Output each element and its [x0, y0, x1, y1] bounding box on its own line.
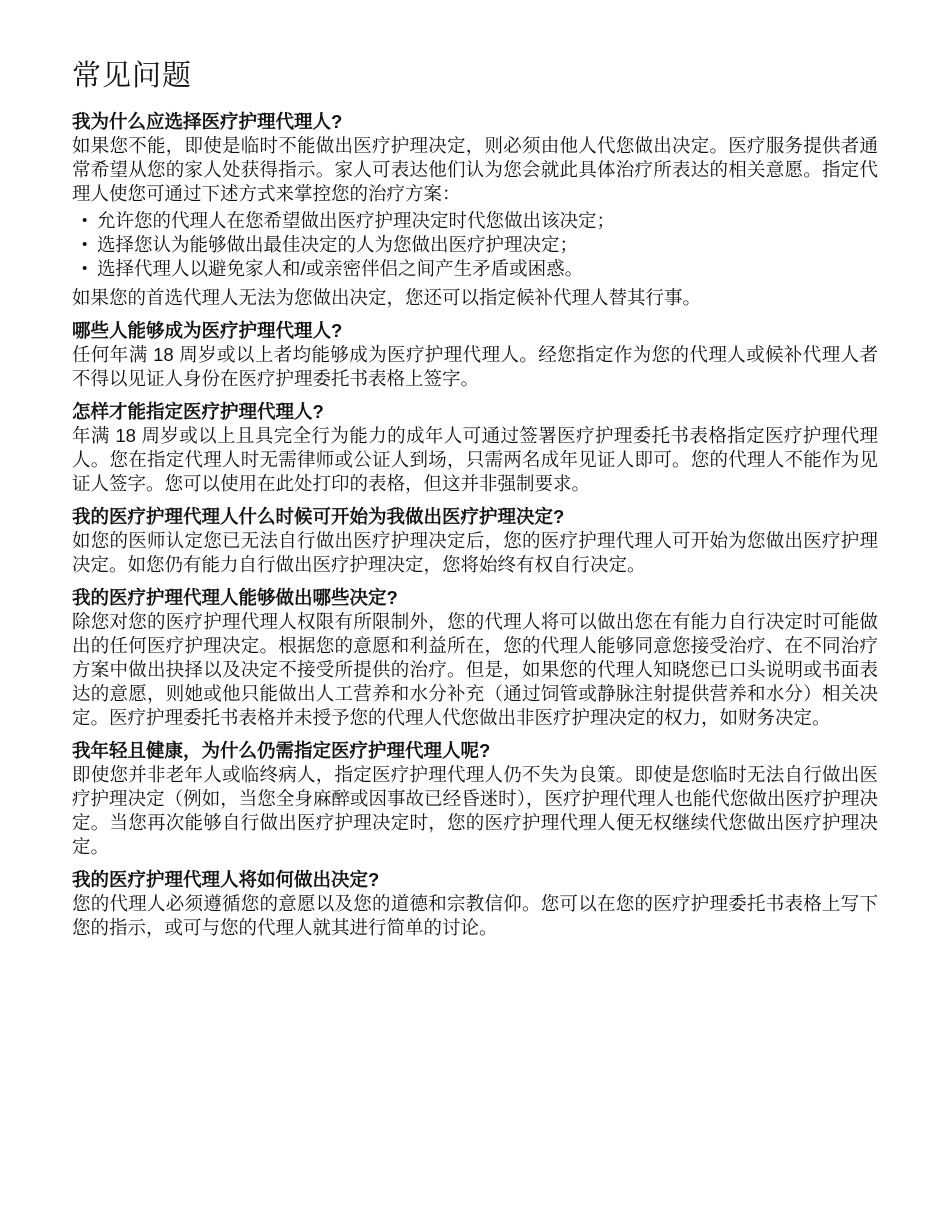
question-heading: 我年轻且健康，为什么仍需指定医疗护理代理人呢? [72, 739, 878, 763]
question-heading: 我的医疗护理代理人什么时候可开始为我做出医疗护理决定? [72, 505, 878, 529]
bullet-item: 允许您的代理人在您希望做出医疗护理决定时代您做出该决定； [97, 209, 878, 233]
faq-section: 怎样才能指定医疗护理代理人? 年满 18 周岁或以上且具完全行为能力的成年人可通… [72, 400, 878, 496]
question-heading: 哪些人能够成为医疗护理代理人? [72, 319, 878, 343]
question-heading: 怎样才能指定医疗护理代理人? [72, 400, 878, 424]
question-heading: 我的医疗护理代理人能够做出哪些决定? [72, 586, 878, 610]
bullet-item: 选择代理人以避免家人和/或亲密伴侣之间产生矛盾或困惑。 [97, 257, 878, 281]
bullet-list: 允许您的代理人在您希望做出医疗护理决定时代您做出该决定； 选择您认为能够做出最佳… [72, 209, 878, 281]
faq-section: 哪些人能够成为医疗护理代理人? 任何年满 18 周岁或以上者均能够成为医疗护理代… [72, 319, 878, 391]
page-title: 常见问题 [72, 56, 878, 96]
answer-paragraph: 任何年满 18 周岁或以上者均能够成为医疗护理代理人。经您指定作为您的代理人或候… [72, 343, 878, 391]
faq-section: 我的医疗护理代理人什么时候可开始为我做出医疗护理决定? 如您的医师认定您已无法自… [72, 505, 878, 577]
faq-section: 我的医疗护理代理人将如何做出决定? 您的代理人必须遵循您的意愿以及您的道德和宗教… [72, 868, 878, 940]
answer-paragraph: 如您的医师认定您已无法自行做出医疗护理决定后，您的医疗护理代理人可开始为您做出医… [72, 529, 878, 577]
faq-section: 我为什么应选择医疗护理代理人? 如果您不能，即使是临时不能做出医疗护理决定，则必… [72, 110, 878, 310]
answer-paragraph: 如果您不能，即使是临时不能做出医疗护理决定，则必须由他人代您做出决定。医疗服务提… [72, 134, 878, 206]
faq-document: 常见问题 我为什么应选择医疗护理代理人? 如果您不能，即使是临时不能做出医疗护理… [0, 0, 950, 940]
answer-paragraph: 您的代理人必须遵循您的意愿以及您的道德和宗教信仰。您可以在您的医疗护理委托书表格… [72, 892, 878, 940]
faq-section: 我的医疗护理代理人能够做出哪些决定? 除您对您的医疗护理代理人权限有所限制外，您… [72, 586, 878, 730]
faq-section: 我年轻且健康，为什么仍需指定医疗护理代理人呢? 即使您并非老年人或临终病人，指定… [72, 739, 878, 859]
answer-paragraph: 除您对您的医疗护理代理人权限有所限制外，您的代理人将可以做出您在有能力自行决定时… [72, 610, 878, 730]
bullet-item: 选择您认为能够做出最佳决定的人为您做出医疗护理决定； [97, 233, 878, 257]
question-heading: 我的医疗护理代理人将如何做出决定? [72, 868, 878, 892]
question-heading: 我为什么应选择医疗护理代理人? [72, 110, 878, 134]
answer-paragraph: 年满 18 周岁或以上且具完全行为能力的成年人可通过签署医疗护理委托书表格指定医… [72, 424, 878, 496]
answer-paragraph: 即使您并非老年人或临终病人，指定医疗护理代理人仍不失为良策。即使是您临时无法自行… [72, 763, 878, 859]
answer-paragraph: 如果您的首选代理人无法为您做出决定，您还可以指定候补代理人替其行事。 [72, 286, 878, 310]
